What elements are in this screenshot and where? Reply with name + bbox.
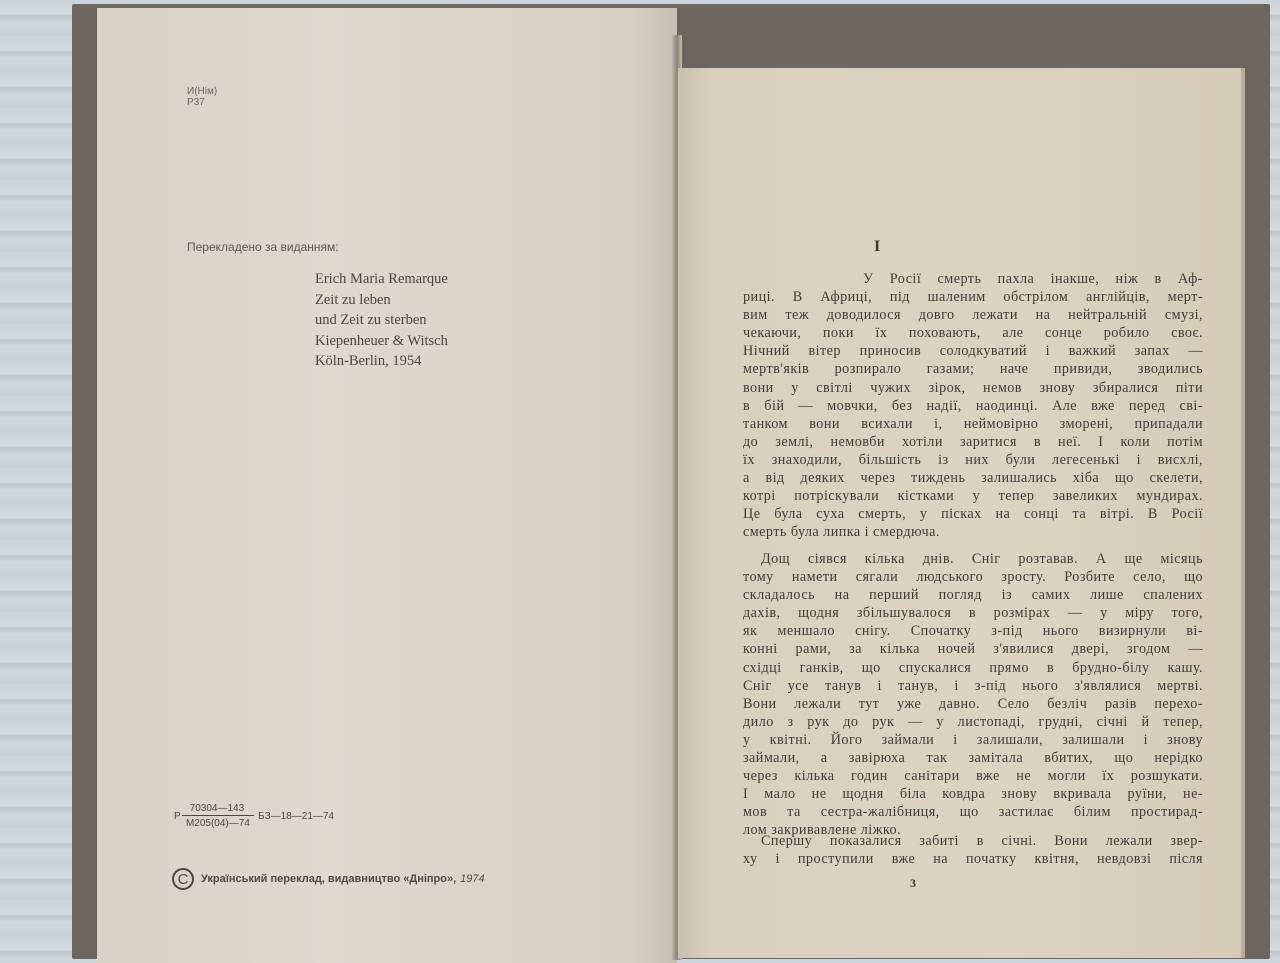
text-line: Вони лежали тут уже давно. Село безліч р…	[743, 695, 1203, 713]
text-line: тому намети сягали людського зросту. Роз…	[743, 568, 1203, 586]
index-suffix: БЗ—18—21—74	[258, 811, 334, 822]
text-line: складалось на перший погляд із самих лиш…	[743, 586, 1203, 604]
index-prefix: Р	[174, 811, 181, 822]
text-line: танком вони всихали і, неймовірно зморен…	[743, 415, 1203, 433]
source-publisher: Kiepenheuer & Witsch	[315, 331, 448, 352]
text-line: котрі потріскували кістками у тепер заве…	[743, 487, 1203, 505]
index-numerator: 70304—143	[182, 803, 255, 816]
index-denominator: М205(04)—74	[186, 816, 250, 829]
class-code-line: Р37	[187, 97, 217, 108]
source-edition: Erich Maria Remarque Zeit zu leben und Z…	[315, 269, 448, 372]
text-line: як меншало снігу. Спочатку з-під нього в…	[743, 622, 1203, 640]
text-line: конні рами, за кілька ночей з'явилися дв…	[743, 640, 1203, 658]
text-line: а від деяких через тиждень залишались хі…	[743, 469, 1203, 487]
text-line: дило з рук до рук — у листопаді, грудні,…	[743, 713, 1203, 731]
text-line: риці. В Африці, під шаленим обстрілом ан…	[743, 288, 1203, 306]
page-number: 3	[910, 876, 916, 891]
text-line: в бій — мовчки, без надії, наодинці. Але…	[743, 397, 1203, 415]
text-line: ху і проступили вже на початку квітня, н…	[743, 850, 1203, 868]
text-line: східці ганків, що спускалися прямо в бру…	[743, 659, 1203, 677]
publication-index-code: Р 70304—143 М205(04)—74 БЗ—18—21—74	[174, 803, 334, 829]
text-line: Це була суха смерть, у пісках на сонці т…	[743, 505, 1203, 523]
text-line: У Росії смерть пахла інакше, ніж в Аф-	[743, 270, 1203, 288]
source-author: Erich Maria Remarque	[315, 269, 448, 290]
index-fraction: 70304—143 М205(04)—74	[182, 803, 255, 829]
text-line: дахів, щодня збільшувалося в розмірах — …	[743, 604, 1203, 622]
class-code-line: И(Нім)	[187, 86, 217, 97]
text-line: у квітні. Його займали і залишали, залиш…	[743, 731, 1203, 749]
text-line: Нічний вітер приносив солодкуватий і важ…	[743, 342, 1203, 360]
text-line: через кілька годин санітари вже не могли…	[743, 767, 1203, 785]
text-line: Спершу показалися забиті в січні. Вони л…	[743, 832, 1203, 850]
text-line: займали, а завірюха так замітала вбитих,…	[743, 749, 1203, 767]
text-line: їх знаходили, більшість із них були леге…	[743, 451, 1203, 469]
source-title-line: Zeit zu leben	[315, 290, 448, 311]
page-edge	[1241, 68, 1245, 958]
classification-code: И(Нім) Р37	[187, 86, 217, 108]
paragraph-1: У Росії смерть пахла інакше, ніж в Аф- р…	[743, 270, 1203, 541]
paragraph-3: Спершу показалися забиті в січні. Вони л…	[743, 832, 1203, 868]
copyright-notice: C Український переклад, видавництво «Дні…	[172, 868, 485, 890]
paragraph-2: Дощ сіявся кілька днів. Сніг розтавав. А…	[743, 550, 1203, 840]
text-line: Сніг усе танув і танув, і з-під нього з'…	[743, 677, 1203, 695]
chapter-number: I	[874, 238, 880, 256]
text-line: І мало не щодня біла ковдра знову вкрива…	[743, 785, 1203, 803]
copyright-year: 1974	[460, 873, 484, 885]
source-place-year: Köln-Berlin, 1954	[315, 351, 448, 372]
right-page: I У Росії смерть пахла інакше, ніж в Аф-…	[678, 68, 1241, 958]
copyright-icon: C	[172, 868, 194, 890]
left-page: И(Нім) Р37 Перекладено за виданням: Eric…	[97, 8, 677, 963]
text-line: чекаючи, поки їх поховають, але сонце ро…	[743, 324, 1203, 342]
text-line: вим теж доводилося довго лежати на нейтр…	[743, 306, 1203, 324]
translated-from-label: Перекладено за виданням:	[187, 240, 339, 254]
text-line: Дощ сіявся кілька днів. Сніг розтавав. А…	[743, 550, 1203, 568]
text-line: мов та сестра-жалібниця, що застилає біл…	[743, 803, 1203, 821]
copyright-text: Український переклад, видавництво «Дніпр…	[201, 873, 456, 885]
text-line: мертв'яків розпирало газами; наче привид…	[743, 360, 1203, 378]
text-line: вони у світлі чужих зірок, немов знову з…	[743, 379, 1203, 397]
source-title-line: und Zeit zu sterben	[315, 310, 448, 331]
text-line: смерть була липка і смердюча.	[743, 523, 1203, 541]
text-line: до землі, немовби хотіли заритися в неї.…	[743, 433, 1203, 451]
